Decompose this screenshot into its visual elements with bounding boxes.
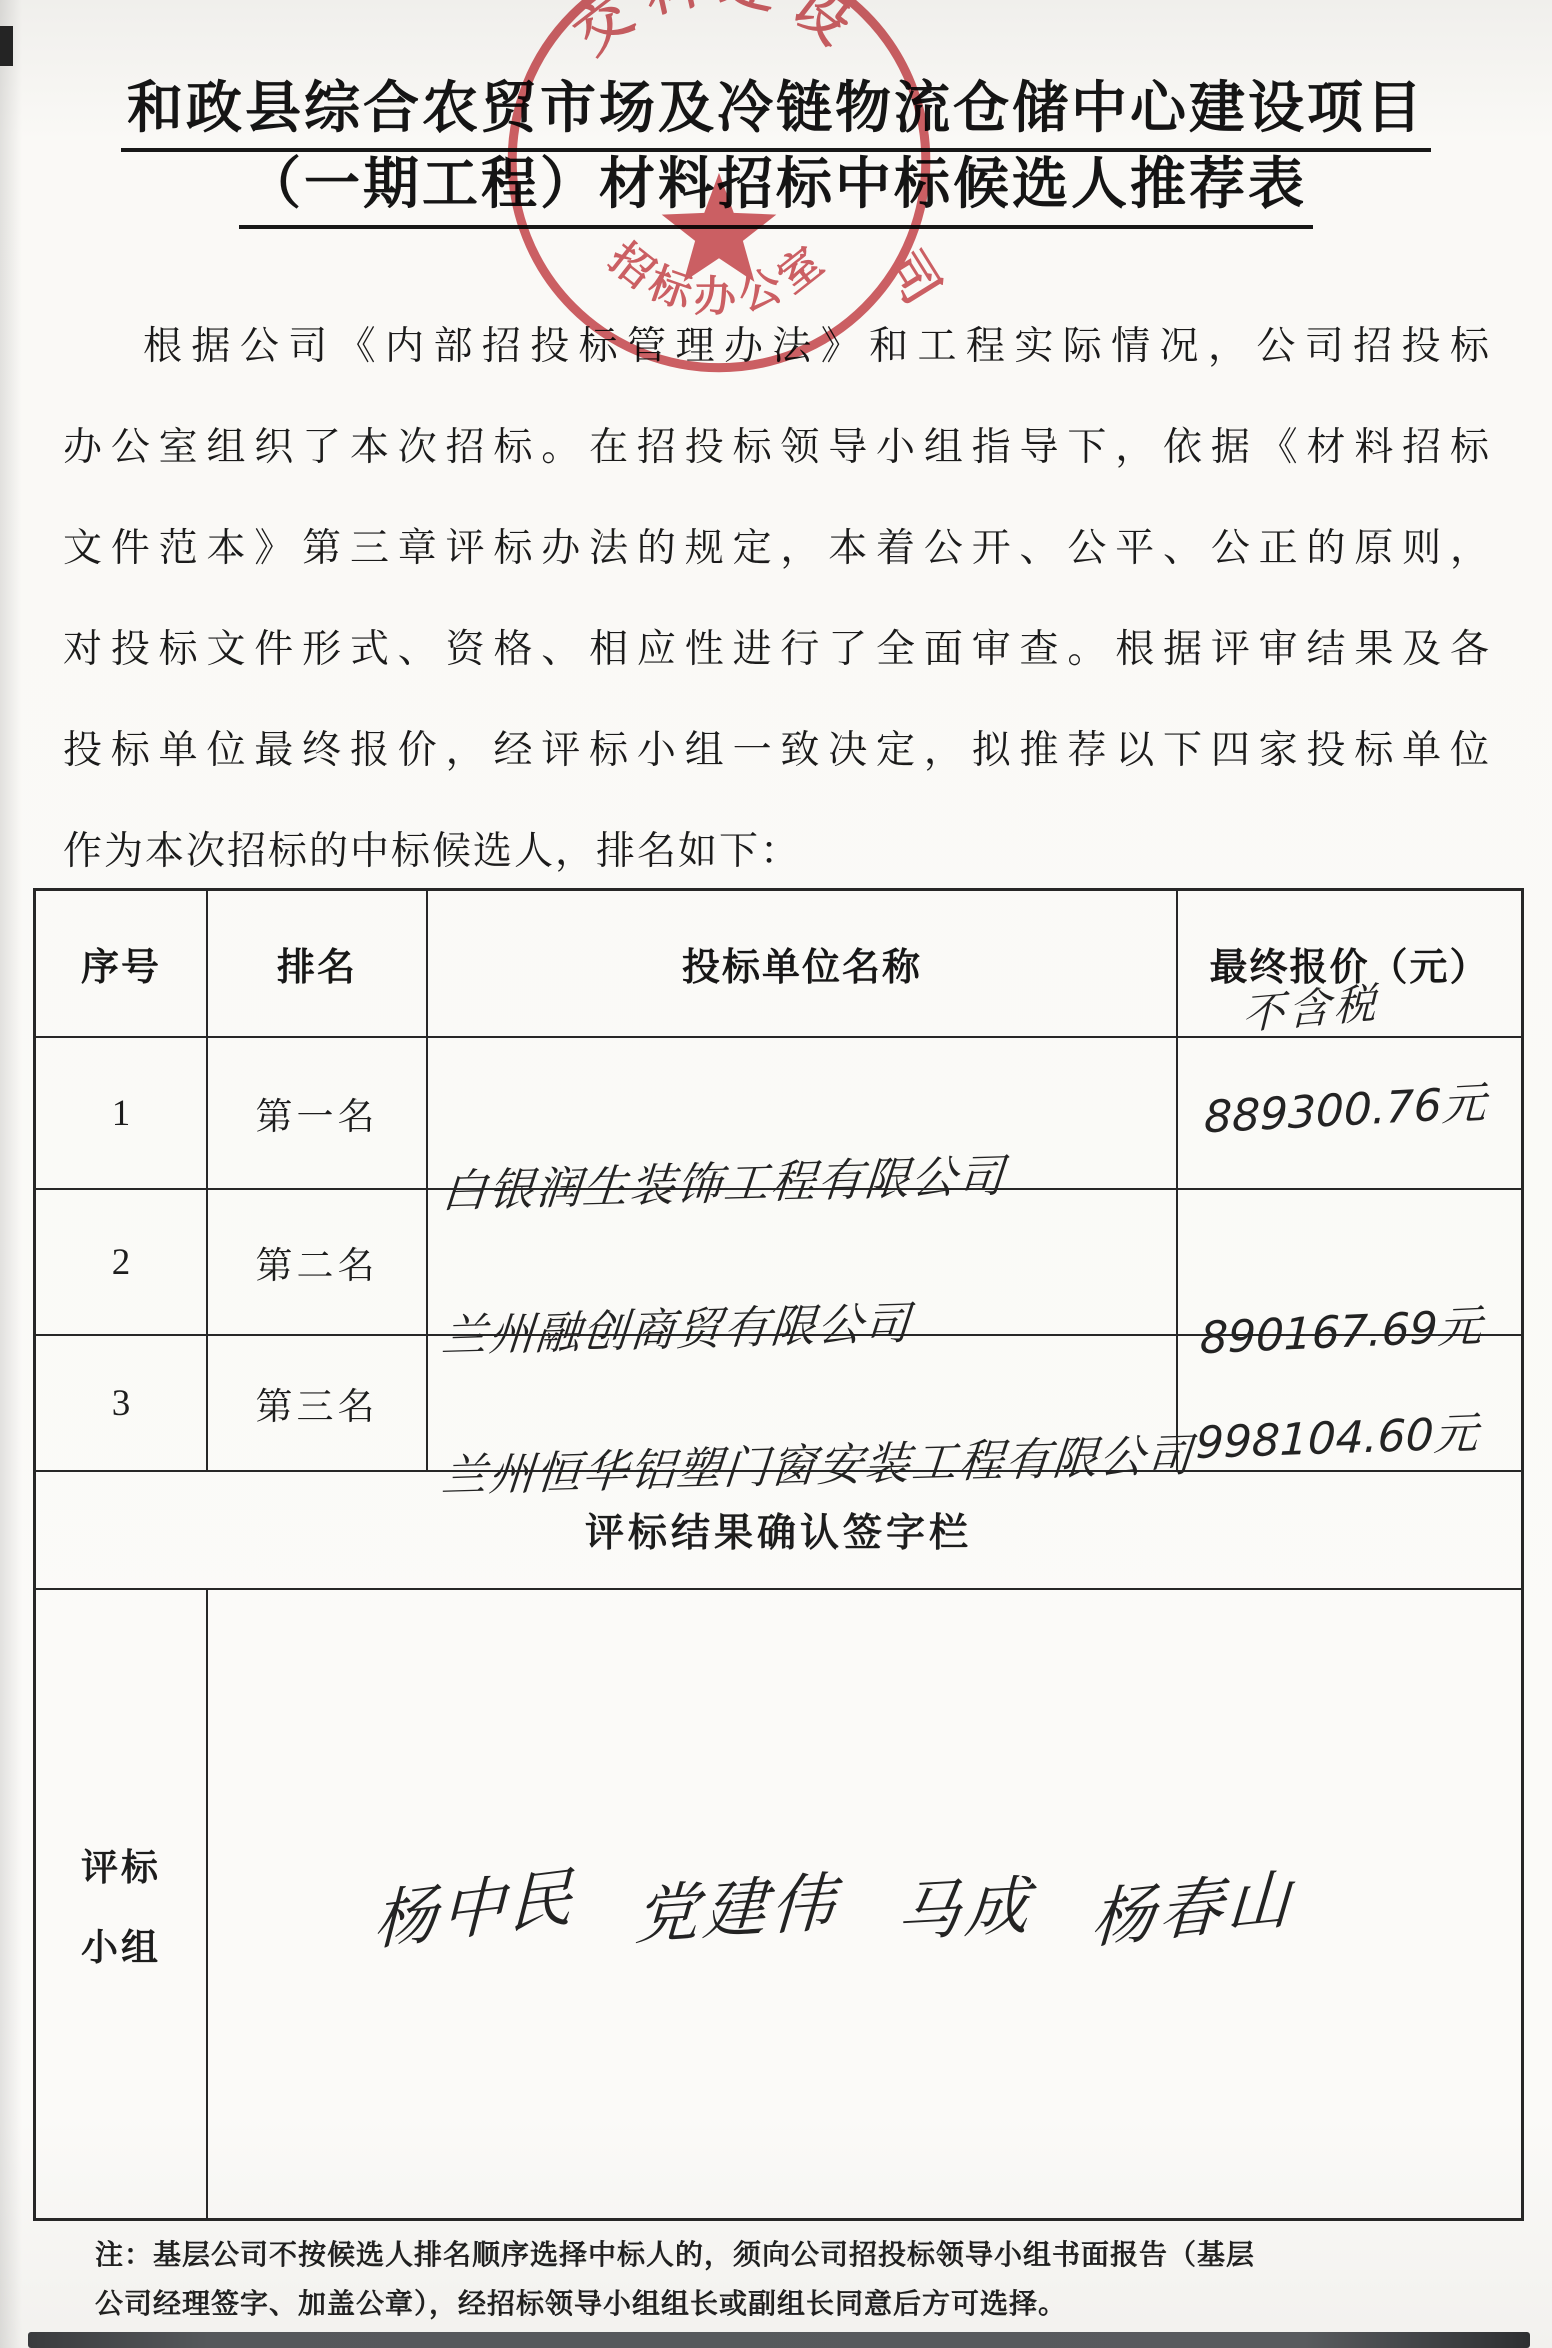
signature-4: 杨春山 — [1089, 1847, 1297, 1961]
stamp-arc-top-text: 交科建设 — [564, 0, 874, 65]
signature-area: 杨中民 党建伟 马成 杨春山 — [208, 1590, 1521, 2218]
svg-text:交科建设: 交科建设 — [564, 0, 874, 65]
paragraph-line: 文件范本》第三章评标办法的规定，本着公开、公平、公正的原则， — [63, 498, 1491, 599]
paragraph-line: 办公室组织了本次招标。在招投标领导小组指导下，依据《材料招标 — [63, 397, 1491, 498]
row1-no: 1 — [36, 1038, 208, 1190]
paragraph-line: 作为本次招标的中标候选人，排名如下： — [63, 801, 1491, 902]
title-line-2: （一期工程）材料招标中标候选人推荐表 — [239, 152, 1313, 228]
row2-company-cell: 兰州融创商贸有限公司 — [428, 1190, 1178, 1336]
row3-no: 3 — [36, 1336, 208, 1472]
panel-label-line1: 评标 — [81, 1837, 161, 1891]
row3-price-handwriting: 998104.60元 — [1195, 1397, 1479, 1471]
scan-edge-mark — [0, 26, 13, 66]
footnote: 注：基层公司不按候选人排名顺序选择中标人的，须向公司招投标领导小组书面报告（基层… — [95, 2230, 1495, 2328]
row2-rank: 第二名 — [208, 1190, 428, 1336]
row3-company-cell: 兰州恒华铝塑门窗安装工程有限公司 — [428, 1336, 1178, 1472]
row1-rank: 第一名 — [208, 1038, 428, 1190]
signature-1: 杨中民 — [373, 1845, 577, 1963]
signature-section-heading: 评标结果确认签字栏 — [36, 1472, 1521, 1590]
header-rank: 排名 — [208, 891, 428, 1038]
paragraph-line: 对投标文件形式、资格、相应性进行了全面审查。根据评审结果及各 — [63, 599, 1491, 700]
row1-price-note-handwriting: 不含税 — [1242, 970, 1379, 1042]
row1-price-cell: 不含税 889300.76元 — [1178, 1038, 1521, 1190]
row2-no: 2 — [36, 1190, 208, 1336]
document-title: 和政县综合农贸市场及冷链物流仓储中心建设项目 （一期工程）材料招标中标候选人推荐… — [0, 76, 1552, 229]
paragraph-line: 投标单位最终报价，经评标小组一致决定，拟推荐以下四家投标单位 — [63, 700, 1491, 801]
row1-price-handwriting: 889300.76元 — [1204, 1067, 1487, 1146]
header-company: 投标单位名称 — [428, 891, 1178, 1038]
footnote-line-2: 公司经理签字、加盖公章），经招标领导小组组长或副组长同意后方可选择。 — [95, 2279, 1495, 2328]
header-no: 序号 — [36, 891, 208, 1038]
scan-bottom-band — [28, 2332, 1530, 2348]
row1-company-cell: 白银润生装饰工程有限公司 — [428, 1038, 1178, 1190]
paragraph-line: 根据公司《内部招投标管理办法》和工程实际情况，公司招投标 — [63, 296, 1491, 397]
signature-3: 马成 — [895, 1854, 1036, 1953]
body-paragraph: 根据公司《内部招投标管理办法》和工程实际情况，公司招投标 办公室组织了本次招标。… — [63, 296, 1491, 902]
signature-2: 党建伟 — [633, 1851, 841, 1958]
row3-rank: 第三名 — [208, 1336, 428, 1472]
scanned-document-page: 和政县综合农贸市场及冷链物流仓储中心建设项目 （一期工程）材料招标中标候选人推荐… — [0, 0, 1552, 2348]
row3-price-cell: 998104.60元 — [1178, 1336, 1521, 1472]
panel-label-line2: 小组 — [81, 1917, 161, 1971]
footnote-line-1: 注：基层公司不按候选人排名顺序选择中标人的，须向公司招投标领导小组书面报告（基层 — [95, 2230, 1495, 2279]
row2-price-cell: 890167.69元 — [1178, 1190, 1521, 1336]
candidate-table: 序号 排名 投标单位名称 最终报价（元） 1 第一名 白银润生装饰工程有限公司 … — [33, 888, 1524, 2221]
evaluation-panel-label: 评标 小组 — [36, 1590, 208, 2218]
title-line-1: 和政县综合农贸市场及冷链物流仓储中心建设项目 — [121, 76, 1431, 152]
